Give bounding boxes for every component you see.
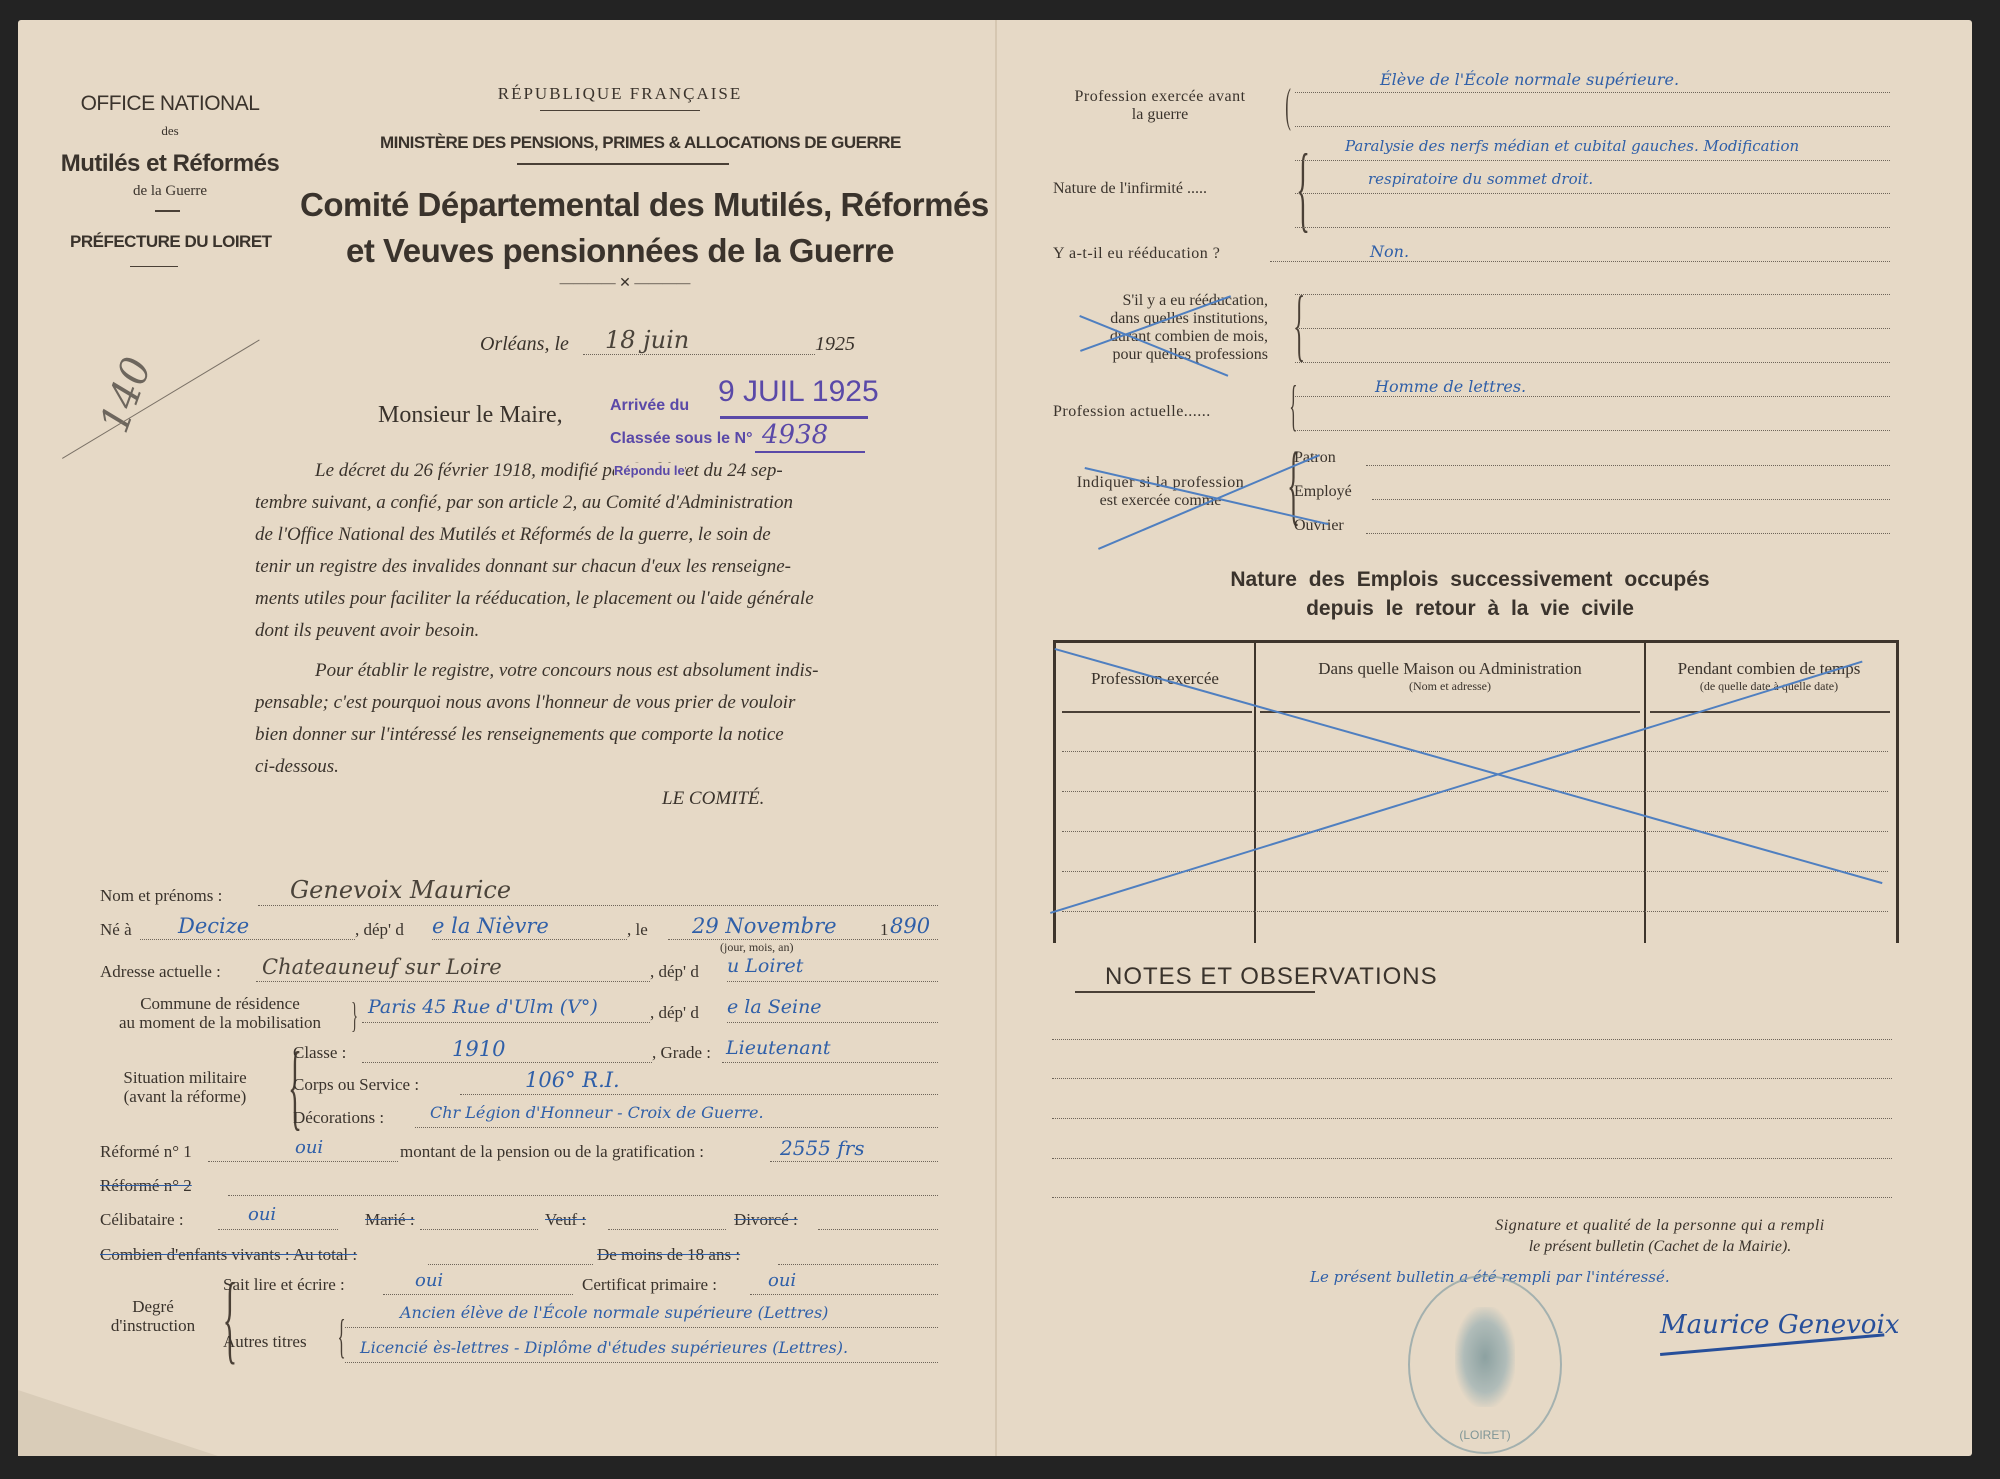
born-dept-label: , dép' d xyxy=(355,920,404,940)
born-label: Né à xyxy=(100,920,132,940)
signoff: LE COMITÉ. xyxy=(662,788,764,810)
divorce-label: Divorcé : xyxy=(734,1210,798,1230)
paragraph-line: Pour établir le registre, votre concours… xyxy=(315,660,818,682)
employment-title-2: depuis le retour à la vie civile xyxy=(1050,597,1890,621)
pension-field[interactable]: 2555 frs xyxy=(780,1136,864,1160)
column-header-employer: Dans quelle Maison ou Administration(Nom… xyxy=(1256,659,1644,694)
grade-line xyxy=(722,1062,938,1063)
address-label: Adresse actuelle : xyxy=(100,962,221,982)
reeducation-details-label: S'il y a eu rééducation, xyxy=(1053,292,1268,310)
address-dept-field[interactable]: u Loiret xyxy=(727,955,803,977)
born-place-field[interactable]: Decize xyxy=(178,914,249,938)
reeducation-details-line xyxy=(1295,294,1890,295)
education-label-2: d'instruction xyxy=(95,1316,211,1336)
stamp-replied-label: Répondu le xyxy=(614,463,685,478)
reeducation-details-line xyxy=(1295,362,1890,363)
classe-label: Classe : xyxy=(293,1043,346,1063)
read-write-field[interactable]: oui xyxy=(415,1270,443,1291)
notes-line[interactable] xyxy=(1052,1197,1892,1198)
read-write-line xyxy=(383,1294,573,1295)
ornament-icon: ———— ✕ ———— xyxy=(530,275,720,292)
paragraph-line: dont ils peuvent avoir besoin. xyxy=(255,620,479,642)
decorations-field[interactable]: Chr Légion d'Honneur - Croix de Guerre. xyxy=(430,1103,764,1122)
current-profession-line-2 xyxy=(1295,430,1890,431)
corps-label: Corps ou Service : xyxy=(293,1075,419,1095)
celibataire-label: Célibataire : xyxy=(100,1210,184,1230)
military-label-2: (avant la réforme) xyxy=(95,1087,275,1107)
name-field[interactable]: Genevoix Maurice xyxy=(290,876,511,904)
education-label-1: Degré xyxy=(95,1297,211,1317)
ornament-divider xyxy=(130,266,178,267)
republic-label: RÉPUBLIQUE FRANÇAISE xyxy=(380,84,860,104)
header-rule xyxy=(1260,711,1640,713)
stamp-arrived-label: Arrivée du xyxy=(610,397,689,415)
notes-title: NOTES ET OBSERVATIONS xyxy=(1105,963,1438,991)
notes-underline xyxy=(1075,991,1315,993)
reforme1-label: Réformé n° 1 xyxy=(100,1142,192,1162)
residence-dept-line xyxy=(727,1022,938,1023)
other-titles-field-1[interactable]: Ancien élève de l'École normale supérieu… xyxy=(400,1303,828,1322)
certificat-line xyxy=(750,1294,938,1295)
other-titles-field-2[interactable]: Licencié ès-lettres - Diplôme d'études s… xyxy=(360,1338,848,1357)
seal-figure xyxy=(1455,1307,1515,1407)
grade-field[interactable]: Lieutenant xyxy=(726,1037,831,1059)
reforme1-field[interactable]: oui xyxy=(295,1137,323,1158)
brace: { xyxy=(1296,140,1310,236)
born-date-field[interactable]: 29 Novembre xyxy=(692,914,837,938)
celibataire-field[interactable]: oui xyxy=(248,1204,276,1225)
other-titles-line-2 xyxy=(345,1362,938,1363)
profession-before-field[interactable]: Élève de l'École normale supérieure. xyxy=(1380,70,1679,89)
residence-line xyxy=(362,1022,650,1023)
celibataire-line xyxy=(218,1229,338,1230)
born-date-label: , le xyxy=(627,920,648,940)
brace: } xyxy=(351,994,358,1036)
current-profession-field[interactable]: Homme de lettres. xyxy=(1375,377,1526,396)
paragraph-line: tenir un registre des invalides donnant … xyxy=(255,556,791,578)
stamp-classed-number: 4938 xyxy=(762,420,828,450)
table-row xyxy=(1062,831,1888,832)
committee-title-1: Comité Départemental des Mutilés, Réform… xyxy=(300,186,940,224)
profession-before-label-2: la guerre xyxy=(1040,106,1280,124)
corps-line xyxy=(460,1094,938,1095)
table-row xyxy=(1062,911,1888,912)
children-line xyxy=(428,1264,593,1265)
other-titles-line-1 xyxy=(345,1327,938,1328)
other-titles-label: Autres titres xyxy=(223,1332,307,1352)
born-year-prefix: 1 xyxy=(880,920,889,940)
date-day-month: 18 juin xyxy=(605,326,689,354)
status-line xyxy=(1366,533,1890,534)
brace: { xyxy=(337,1313,345,1361)
infirmity-field-2[interactable]: respiratoire du sommet droit. xyxy=(1368,170,1593,188)
decorations-label: Décorations : xyxy=(293,1108,384,1128)
name-label: Nom et prénoms : xyxy=(100,886,222,906)
paragraph-line: ci-dessous. xyxy=(255,756,339,778)
divider xyxy=(517,163,729,165)
marie-line xyxy=(420,1229,538,1230)
born-date-line xyxy=(668,939,938,940)
notes-line[interactable] xyxy=(1052,1158,1892,1159)
divorce-line xyxy=(818,1229,938,1230)
notes-line[interactable] xyxy=(1052,1039,1892,1040)
status-line xyxy=(1366,465,1890,466)
born-dept-field[interactable]: e la Nièvre xyxy=(432,914,549,938)
address-line xyxy=(256,981,650,982)
reeducation-details-line xyxy=(1295,328,1890,329)
born-line xyxy=(140,939,355,940)
paragraph-line: tembre suivant, a confié, par son articl… xyxy=(255,492,793,514)
marie-label: Marié : xyxy=(365,1210,415,1230)
certificat-field[interactable]: oui xyxy=(768,1270,796,1291)
status-line xyxy=(1372,499,1890,500)
folded-corner xyxy=(18,1390,218,1456)
notes-line[interactable] xyxy=(1052,1078,1892,1079)
date-place: Orléans, le xyxy=(480,333,569,356)
profession-before-line-1 xyxy=(1295,92,1890,93)
classe-field[interactable]: 1910 xyxy=(452,1037,505,1061)
paragraph-line: de l'Office National des Mutilés et Réfo… xyxy=(255,524,771,546)
profession-before-line-2 xyxy=(1295,126,1890,127)
name-line xyxy=(258,905,938,906)
pension-line xyxy=(770,1161,938,1162)
certificat-label: Certificat primaire : xyxy=(582,1275,717,1295)
paragraph-line: bien donner sur l'intéressé les renseign… xyxy=(255,724,784,746)
paragraph-line: ments utiles pour faciliter la rééducati… xyxy=(255,588,814,610)
stamp-underline xyxy=(755,451,865,453)
born-dept-line xyxy=(432,939,627,940)
table-row xyxy=(1062,751,1888,752)
paragraph-line: Le décret du 26 février 1918, modifié pa… xyxy=(315,460,783,482)
office-line-1: OFFICE NATIONAL xyxy=(70,92,270,116)
reeducation-field[interactable]: Non. xyxy=(1370,242,1409,261)
table-row xyxy=(1062,791,1888,792)
column-header-profession: Profession exercée xyxy=(1056,669,1254,689)
pension-label: montant de la pension ou de la gratifica… xyxy=(400,1142,704,1162)
status-option-employe: Employé xyxy=(1294,483,1352,501)
corps-field[interactable]: 106° R.I. xyxy=(525,1068,620,1092)
brace: { xyxy=(1289,378,1297,434)
stamp-classed-label: Classée sous le N° xyxy=(610,430,752,448)
current-profession-label: Profession actuelle...... xyxy=(1053,403,1211,421)
reeducation-details-label: durant combien de mois, xyxy=(1053,328,1268,346)
status-option-ouvrier: Ouvrier xyxy=(1294,517,1344,535)
seal-text: (LOIRET) xyxy=(1410,1428,1560,1442)
infirmity-line-2 xyxy=(1295,193,1890,194)
decorations-line xyxy=(415,1127,938,1128)
current-profession-line-1 xyxy=(1295,396,1890,397)
brace: ( xyxy=(1285,82,1291,130)
reforme2-line xyxy=(228,1195,938,1196)
committee-title-2: et Veuves pensionnées de la Guerre xyxy=(300,232,940,270)
infirmity-line-3 xyxy=(1295,227,1890,228)
grade-label: , Grade : xyxy=(652,1043,711,1063)
reeducation-label: Y a-t-il eu rééducation ? xyxy=(1053,245,1220,263)
paragraph-line: pensable; c'est pourquoi nous avons l'ho… xyxy=(255,692,795,714)
infirmity-field-1[interactable]: Paralysie des nerfs médian et cubital ga… xyxy=(1345,137,1799,155)
divider xyxy=(540,110,700,111)
read-write-label: Sait lire et écrire : xyxy=(223,1275,345,1295)
header-rule xyxy=(1062,711,1252,713)
address-dept-label: , dép' d xyxy=(650,962,699,982)
reforme1-line xyxy=(208,1161,398,1162)
salutation: Monsieur le Maire, xyxy=(378,402,563,429)
veuf-line xyxy=(608,1229,726,1230)
office-line-3: Mutilés et Réformés xyxy=(60,150,280,178)
reforme2-label: Réformé n° 2 xyxy=(100,1176,192,1196)
status-label-2: est exercée comme xyxy=(1048,492,1273,510)
signature-caption-1: Signature et qualité de la personne qui … xyxy=(1420,1217,1900,1235)
prefecture-label: PRÉFECTURE DU LOIRET xyxy=(70,232,270,252)
address-field[interactable]: Chateauneuf sur Loire xyxy=(262,955,502,979)
residence-dept-field[interactable]: e la Seine xyxy=(727,996,822,1018)
profession-before-label-1: Profession exercée avant xyxy=(1040,88,1280,106)
residence-field[interactable]: Paris 45 Rue d'Ulm (V°) xyxy=(368,996,598,1018)
children-under18-line xyxy=(778,1264,938,1265)
infirmity-label: Nature de l'infirmité ..... xyxy=(1053,180,1207,198)
signature-caption-2: le présent bulletin (Cachet de la Mairie… xyxy=(1420,1238,1900,1256)
notes-line[interactable] xyxy=(1052,1118,1892,1119)
office-line-4: de la Guerre xyxy=(70,183,270,200)
ministry-label: MINISTÈRE DES PENSIONS, PRIMES & ALLOCAT… xyxy=(380,133,860,153)
address-dept-line xyxy=(727,981,938,982)
residence-dept-label: , dép' d xyxy=(650,1003,699,1023)
military-label-1: Situation militaire xyxy=(95,1068,275,1088)
classe-line xyxy=(362,1062,652,1063)
page-fold xyxy=(995,20,997,1456)
born-year-field[interactable]: 890 xyxy=(890,914,930,938)
veuf-label: Veuf : xyxy=(545,1210,586,1230)
mairie-seal-icon: (LOIRET) xyxy=(1408,1275,1562,1454)
born-date-hint: (jour, mois, an) xyxy=(720,940,794,955)
residence-label-2: au moment de la mobilisation xyxy=(95,1013,345,1033)
header-rule xyxy=(1650,711,1890,713)
children-under18-label: De moins de 18 ans : xyxy=(597,1245,740,1265)
reeducation-line xyxy=(1270,261,1890,262)
divider xyxy=(155,210,180,212)
residence-label-1: Commune de résidence xyxy=(95,994,345,1014)
date-year: 1925 xyxy=(815,333,855,356)
employment-title-1: Nature des Emplois successivement occupé… xyxy=(1050,568,1890,592)
office-line-2: des xyxy=(70,123,270,139)
infirmity-line-1 xyxy=(1295,160,1890,161)
stamp-arrived-date: 9 JUIL 1925 xyxy=(718,375,879,409)
brace: { xyxy=(1293,285,1305,365)
stamp-underline xyxy=(720,416,868,419)
date-line xyxy=(583,354,815,355)
